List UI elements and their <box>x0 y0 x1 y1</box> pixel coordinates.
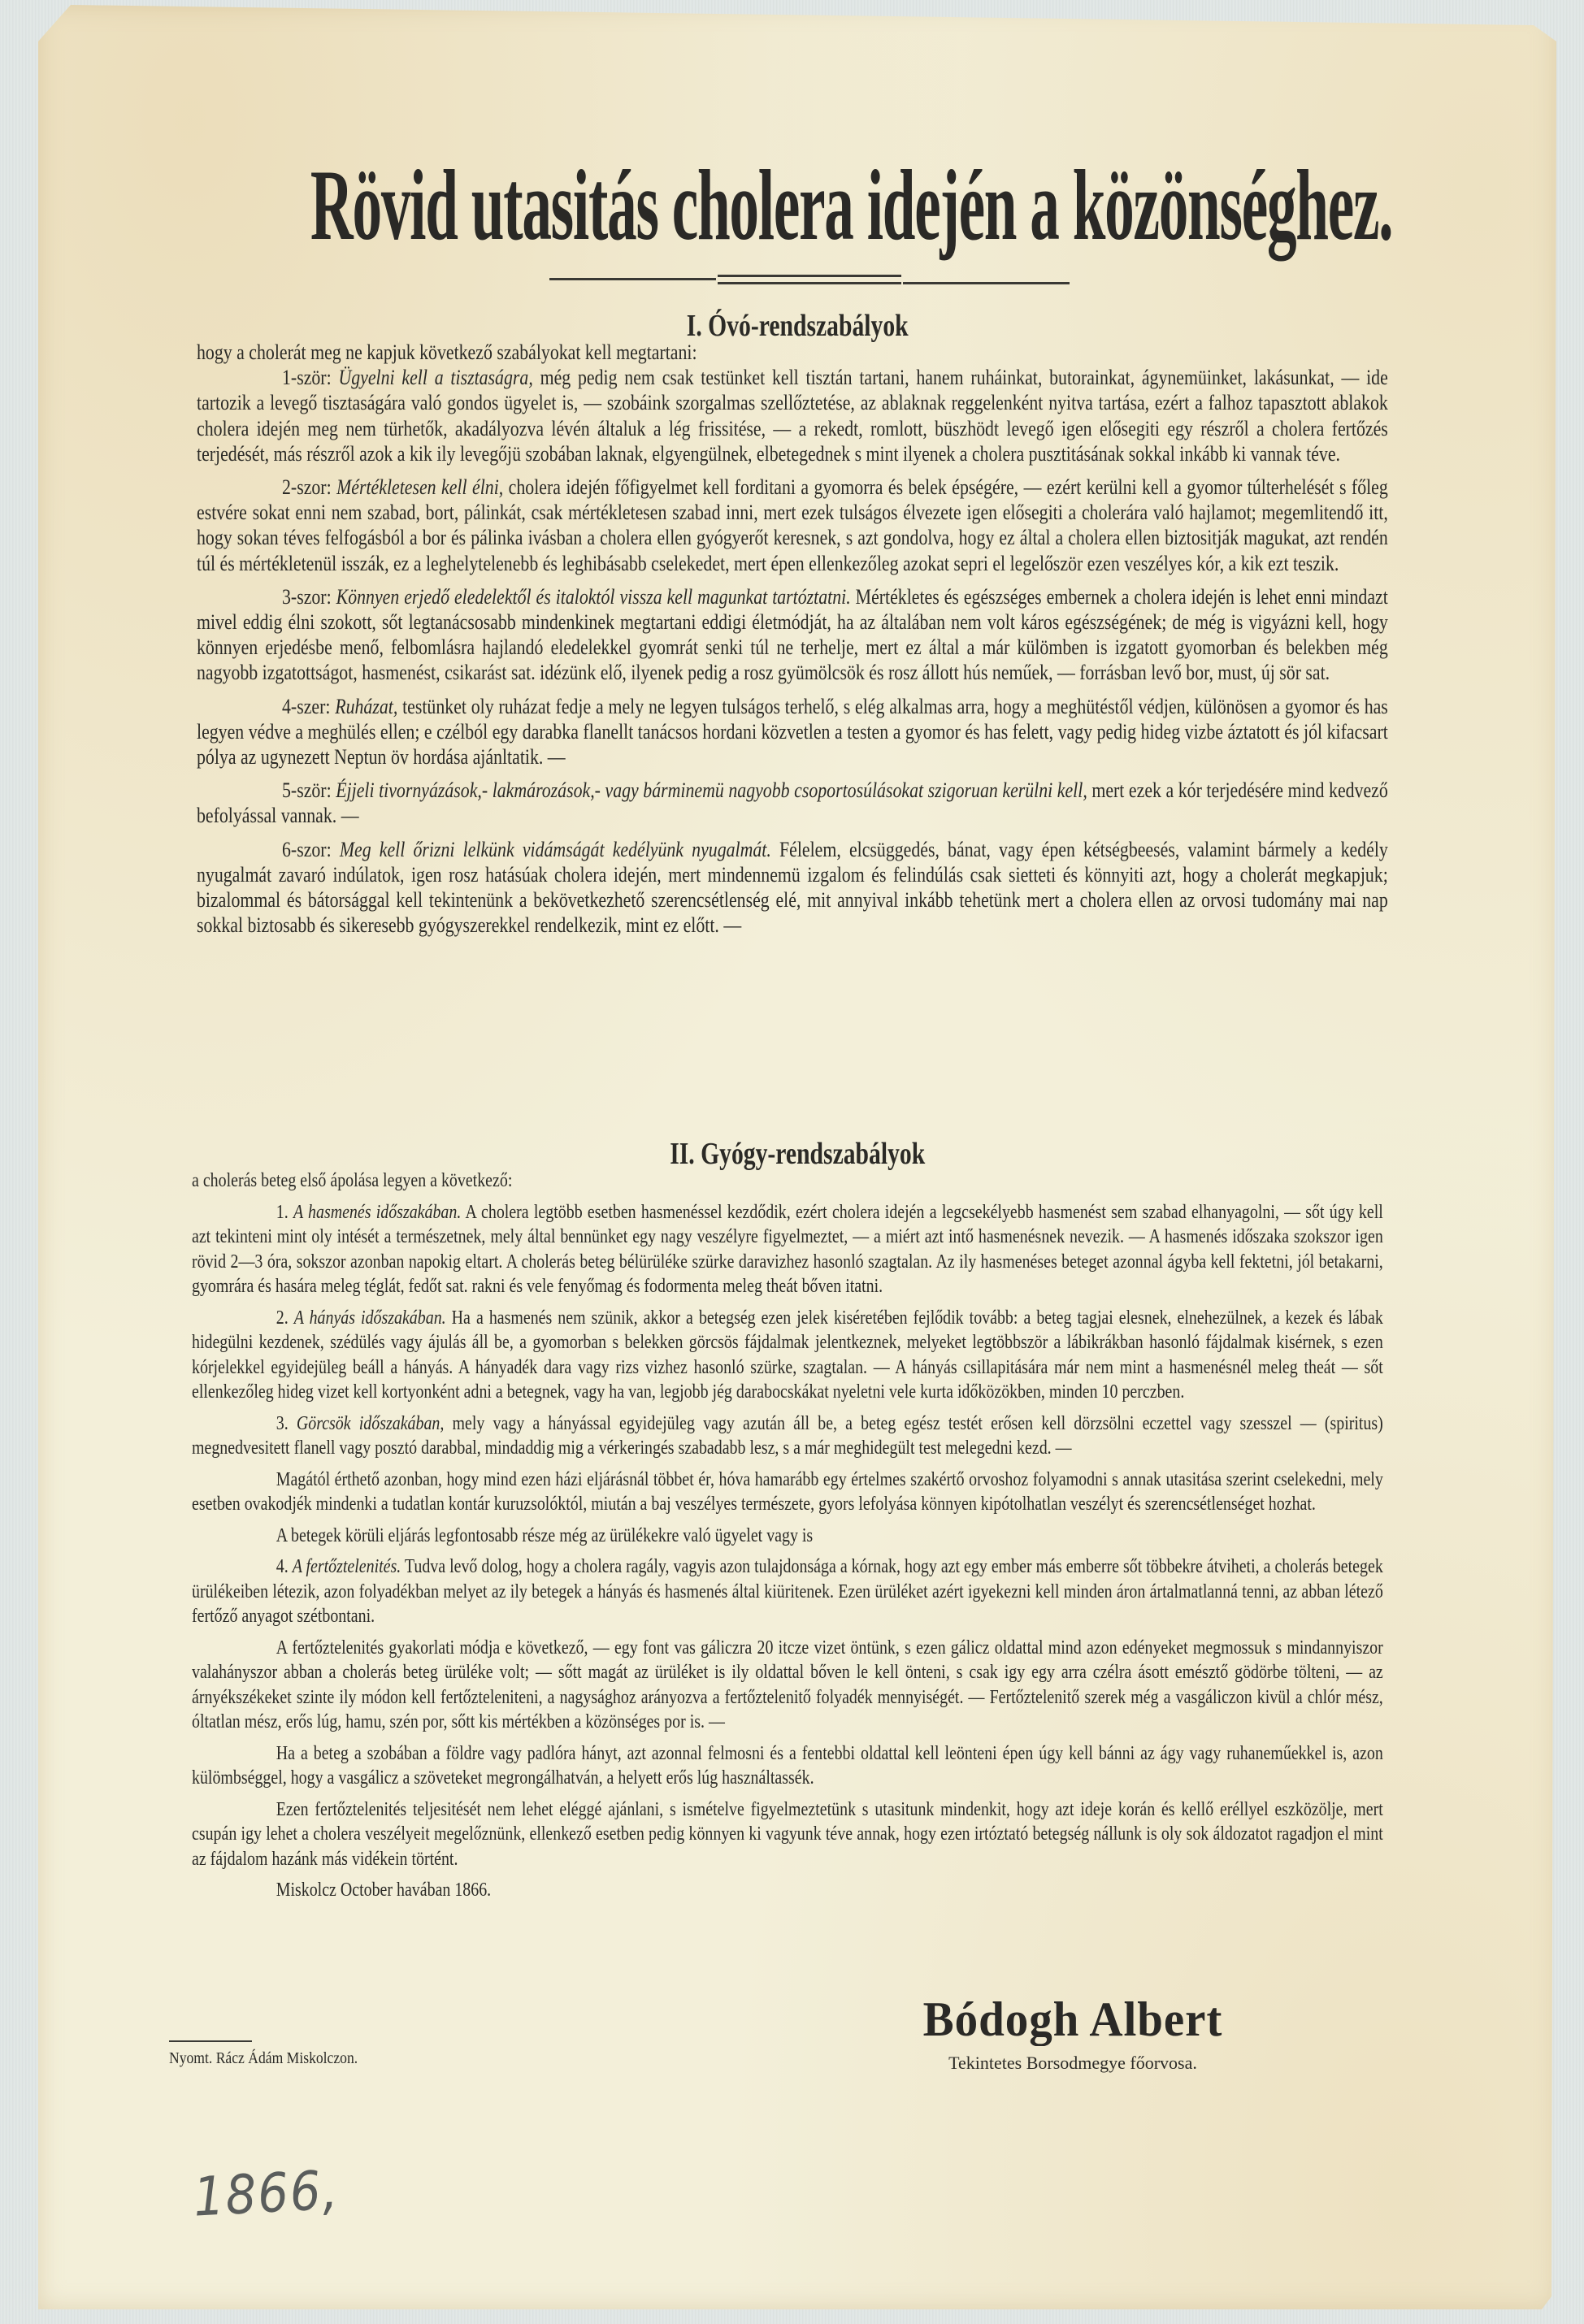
rule-5-emphasis: Éjjeli tivornyázások,- lakmározások,- va… <box>336 778 1087 802</box>
rule-4-emphasis: Ruházat, <box>335 695 397 718</box>
care-paragraph-6: 4. A fertőztelenités. Tudva levő dolog, … <box>192 1554 1383 1629</box>
section-1-intro: hogy a cholerát meg ne kapjuk következő … <box>197 340 1388 365</box>
printer-rule <box>169 2040 252 2042</box>
title-block: Rövid utasitás cholera idején a közönség… <box>0 150 1584 264</box>
care-paragraph-8: Ha a beteg a szobában a földre vagy padl… <box>192 1741 1383 1791</box>
handwritten-year-note: 1866, <box>192 2161 340 2226</box>
care-paragraph-5: A betegek körüli eljárás legfontosabb ré… <box>192 1524 1383 1549</box>
printer-imprint: Nyomt. Rácz Ádám Miskolczon. <box>169 2049 358 2067</box>
rule-3-emphasis: Könnyen erjedő eledelektől és italoktól … <box>336 585 851 609</box>
ornamental-rule <box>549 275 1070 286</box>
rule-6: 6-szor: Meg kell őrizni lelkünk vidámság… <box>197 837 1388 939</box>
care-paragraph-3: 3. Görcsök időszakában, mely vagy a hány… <box>192 1411 1383 1461</box>
rule-5: 5-ször: Éjjeli tivornyázások,- lakmározá… <box>197 778 1388 828</box>
rule-1-emphasis: Ügyelni kell a tisztaságra, <box>338 366 532 389</box>
rule-4: 4-szer: Ruházat, testünket oly ruházat f… <box>197 694 1388 770</box>
cholera-poster: Rövid utasitás cholera idején a közönség… <box>0 0 1584 2324</box>
care-paragraph-1: 1. A hasmenés időszakában. A cholera leg… <box>192 1200 1383 1299</box>
section-1-body: hogy a cholerát meg ne kapjuk következő … <box>197 340 1388 938</box>
poster-title: Rövid utasitás cholera idején a közönség… <box>310 150 1292 262</box>
care-paragraph-9: Ezen fertőztelenités teljesitését nem le… <box>192 1797 1383 1872</box>
care-paragraph-7: A fertőztelenités gyakorlati módja e köv… <box>192 1636 1383 1735</box>
section-2-intro: a cholerás beteg első ápolása legyen a k… <box>192 1169 1383 1194</box>
dateline: Miskolcz October havában 1866. <box>192 1878 1383 1903</box>
rule-2: 2-szor: Mértékletesen kell élni, cholera… <box>197 475 1388 576</box>
section-1-heading: I. Óvó-rendszabályok <box>180 310 1415 342</box>
care-paragraph-4: Magától érthető azonban, hogy mind ezen … <box>192 1468 1383 1517</box>
rule-2-emphasis: Mértékletesen kell élni, <box>336 475 503 499</box>
rule-3: 3-szor: Könnyen erjedő eledelektől és it… <box>197 584 1388 686</box>
section-2-heading: II. Gyógy-rendszabályok <box>180 1138 1415 1170</box>
section-2-body: a cholerás beteg első ápolása legyen a k… <box>192 1169 1383 1903</box>
rule-1: 1-ször: Ügyelni kell a tisztaságra, még … <box>197 365 1388 466</box>
care-paragraph-2: 2. A hányás időszakában. Ha a hasmenés n… <box>192 1306 1383 1405</box>
signature-name: Bódogh Albert <box>826 1991 1320 2048</box>
signature-title: Tekintetes Borsodmegye főorvosa. <box>813 2053 1333 2073</box>
rule-6-emphasis: Meg kell őrizni lelkünk vidámságát kedél… <box>340 838 771 861</box>
